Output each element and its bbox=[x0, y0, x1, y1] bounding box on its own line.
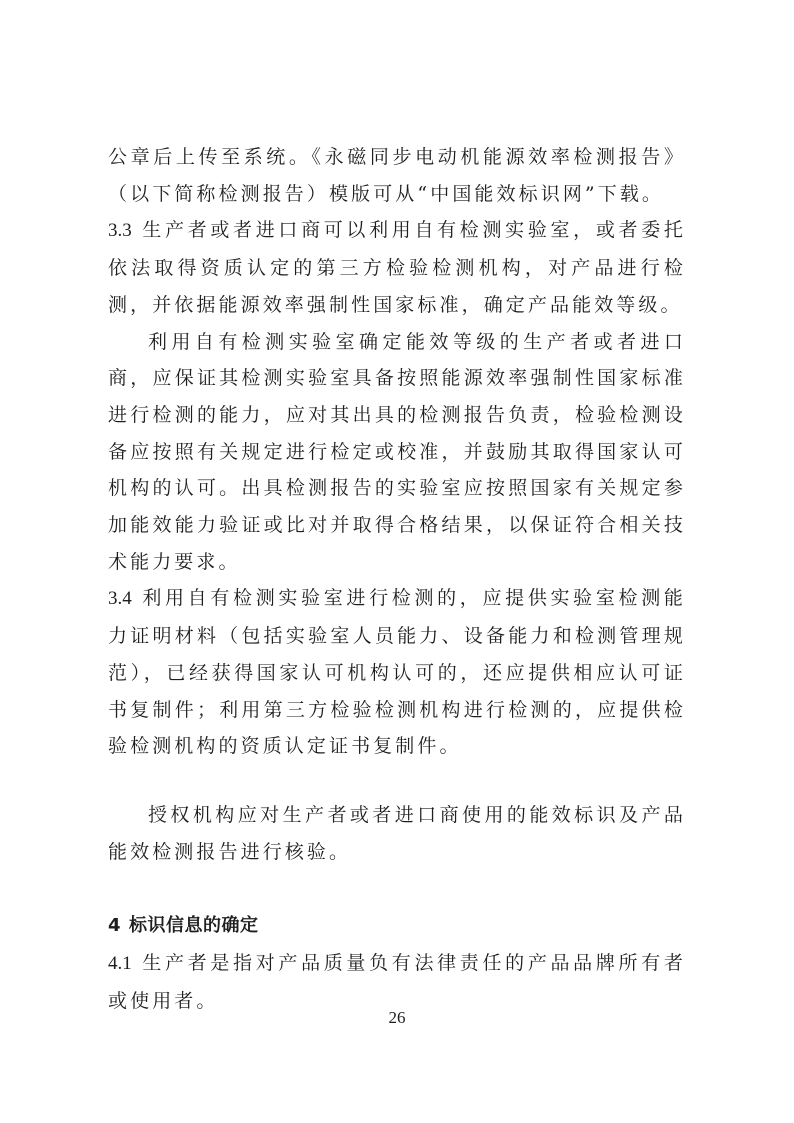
clause-number: 3.4 bbox=[108, 588, 132, 609]
section-number: 4 bbox=[108, 915, 121, 936]
paragraph-own-laboratory: 利用自有检测实验室确定能效等级的生产者或者进口商，应保证其检测实验室具备按照能源… bbox=[108, 324, 686, 581]
section-title: 标识信息的确定 bbox=[129, 915, 259, 936]
paragraph-authorized-body: 授权机构应对生产者或者进口商使用的能效标识及产品能效检测报告进行核验。 bbox=[108, 797, 686, 870]
page-number: 26 bbox=[0, 1008, 794, 1028]
clause-number: 4.1 bbox=[108, 953, 132, 974]
section-heading: 4标识信息的确定 bbox=[108, 908, 686, 945]
document-page: 公章后上传至系统。《永磁同步电动机能源效率检测报告》（以下简称检测报告）模版可从… bbox=[108, 139, 686, 1019]
clause-number: 3.3 bbox=[108, 220, 132, 241]
clause-text: 生产者是指对产品质量负有法律责任的产品品牌所有者或使用者。 bbox=[108, 952, 686, 1012]
clause-text: 利用自有检测实验室进行检测的，应提供实验室检测能力证明材料（包括实验室人员能力、… bbox=[108, 587, 686, 757]
clause-3-3: 3.3生产者或者进口商可以利用自有检测实验室，或者委托依法取得资质认定的第三方检… bbox=[108, 212, 686, 323]
paragraph-report-template: 公章后上传至系统。《永磁同步电动机能源效率检测报告》（以下简称检测报告）模版可从… bbox=[108, 139, 686, 212]
clause-text: 生产者或者进口商可以利用自有检测实验室，或者委托依法取得资质认定的第三方检验检测… bbox=[108, 219, 686, 315]
clause-3-4: 3.4利用自有检测实验室进行检测的，应提供实验室检测能力证明材料（包括实验室人员… bbox=[108, 580, 686, 765]
